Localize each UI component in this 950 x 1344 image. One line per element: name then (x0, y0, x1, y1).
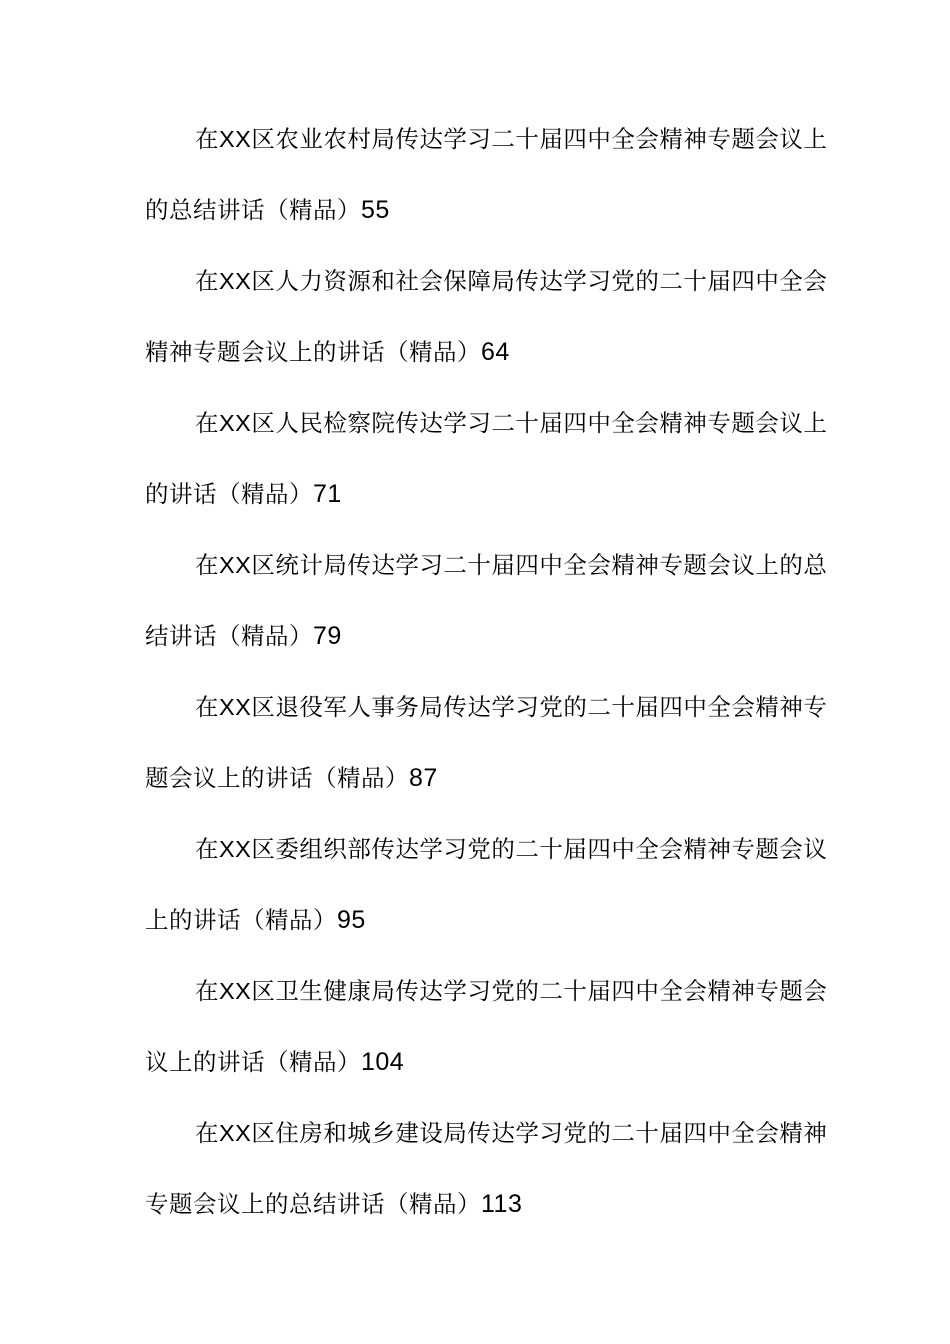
toc-entry-title-continuation: 结讲话（精品） (145, 623, 313, 649)
toc-entry-title-line-1: 在XX区卫生健康局传达学习党的二十届四中全会精神专题会 (145, 956, 805, 1027)
toc-entry: 在XX区人力资源和社会保障局传达学习党的二十届四中全会 精神专题会议上的讲话（精… (145, 246, 805, 388)
page-number: 79 (313, 622, 342, 650)
toc-entry-title-line-2: 上的讲话（精品）95 (145, 885, 805, 956)
toc-entry: 在XX区统计局传达学习二十届四中全会精神专题会议上的总 结讲话（精品）79 (145, 530, 805, 672)
toc-entry: 在XX区人民检察院传达学习二十届四中全会精神专题会议上 的讲话（精品）71 (145, 388, 805, 530)
toc-entry-title-line-2: 的讲话（精品）71 (145, 459, 805, 530)
toc-entry-title-line-2: 的总结讲话（精品）55 (145, 175, 805, 246)
toc-entry-title-line-1: 在XX区人民检察院传达学习二十届四中全会精神专题会议上 (145, 388, 805, 459)
toc-entry-title-line-2: 议上的讲话（精品）104 (145, 1027, 805, 1098)
toc-entry-title-line-2: 题会议上的讲话（精品）87 (145, 743, 805, 814)
toc-entry-title-line-1: 在XX区人力资源和社会保障局传达学习党的二十届四中全会 (145, 246, 805, 317)
page-number: 104 (361, 1048, 404, 1076)
document-page: 在XX区农业农村局传达学习二十届四中全会精神专题会议上 的总结讲话（精品）55 … (145, 104, 805, 1240)
toc-entry-title-continuation: 精神专题会议上的讲话（精品） (145, 339, 481, 365)
page-number: 87 (409, 764, 438, 792)
toc-entry-title-line-1: 在XX区退役军人事务局传达学习党的二十届四中全会精神专 (145, 672, 805, 743)
toc-entry-title-line-1: 在XX区统计局传达学习二十届四中全会精神专题会议上的总 (145, 530, 805, 601)
toc-entry: 在XX区委组织部传达学习党的二十届四中全会精神专题会议 上的讲话（精品）95 (145, 814, 805, 956)
toc-entry: 在XX区农业农村局传达学习二十届四中全会精神专题会议上 的总结讲话（精品）55 (145, 104, 805, 246)
page-number: 55 (361, 196, 390, 224)
toc-entry-title-line-1: 在XX区住房和城乡建设局传达学习党的二十届四中全会精神 (145, 1098, 805, 1169)
page-number: 113 (481, 1190, 522, 1218)
toc-entry-title-line-2: 结讲话（精品）79 (145, 601, 805, 672)
page-number: 71 (313, 480, 342, 508)
toc-entry-title-line-2: 专题会议上的总结讲话（精品）113 (145, 1169, 805, 1240)
toc-entry-title-continuation: 题会议上的讲话（精品） (145, 765, 409, 791)
toc-entry-title-continuation: 专题会议上的总结讲话（精品） (145, 1191, 481, 1217)
toc-entry: 在XX区住房和城乡建设局传达学习党的二十届四中全会精神 专题会议上的总结讲话（精… (145, 1098, 805, 1240)
page-number: 64 (481, 338, 510, 366)
toc-entry: 在XX区卫生健康局传达学习党的二十届四中全会精神专题会 议上的讲话（精品）104 (145, 956, 805, 1098)
toc-entry-title-line-2: 精神专题会议上的讲话（精品）64 (145, 317, 805, 388)
toc-entry-title-continuation: 的总结讲话（精品） (145, 197, 361, 223)
toc-entry-title-line-1: 在XX区农业农村局传达学习二十届四中全会精神专题会议上 (145, 104, 805, 175)
toc-entry: 在XX区退役军人事务局传达学习党的二十届四中全会精神专 题会议上的讲话（精品）8… (145, 672, 805, 814)
toc-entry-title-continuation: 上的讲话（精品） (145, 907, 337, 933)
page-number: 95 (337, 906, 366, 934)
toc-entry-title-line-1: 在XX区委组织部传达学习党的二十届四中全会精神专题会议 (145, 814, 805, 885)
toc-entry-title-continuation: 的讲话（精品） (145, 481, 313, 507)
toc-entry-title-continuation: 议上的讲话（精品） (145, 1049, 361, 1075)
